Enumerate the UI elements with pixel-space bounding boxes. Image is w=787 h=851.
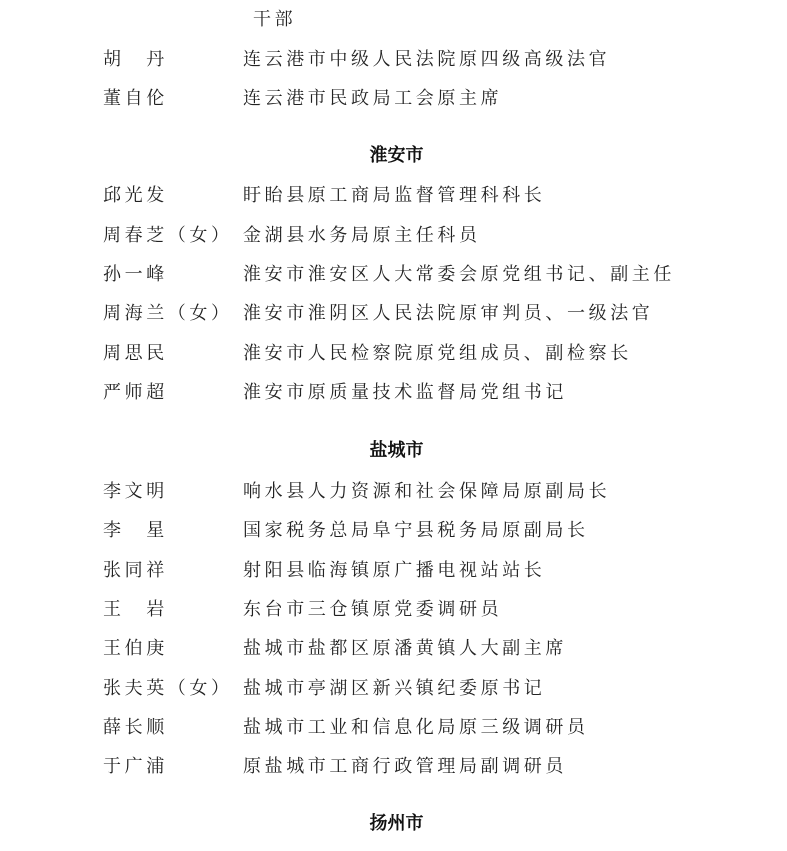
- list-item: 李文明 响水县人力资源和社会保障局原副局长: [0, 481, 787, 503]
- list-item: 周思民 淮安市人民检察院原党组成员、副检察长: [0, 343, 787, 365]
- person-name: 孙一峰: [103, 264, 168, 286]
- section-heading-huaian: 淮安市: [0, 145, 787, 167]
- person-title: 东台市三仓镇原党委调研员: [243, 599, 502, 621]
- list-item: 周海兰（女） 淮安市淮阴区人民法院原审判员、一级法官: [0, 303, 787, 325]
- person-name: 张夫英（女）: [103, 678, 233, 700]
- person-title: 原盐城市工商行政管理局副调研员: [243, 756, 567, 778]
- person-name: 张同祥: [103, 560, 168, 582]
- person-title: 射阳县临海镇原广播电视站站长: [243, 560, 545, 582]
- list-item: 张夫英（女） 盐城市亭湖区新兴镇纪委原书记: [0, 678, 787, 700]
- person-name: 李 星: [103, 520, 168, 542]
- person-title: 盐城市盐都区原潘黄镇人大副主席: [243, 638, 567, 660]
- list-item: 于广浦 原盐城市工商行政管理局副调研员: [0, 756, 787, 778]
- person-name: 严师超: [103, 382, 168, 404]
- section-heading-yancheng: 盐城市: [0, 440, 787, 462]
- person-name: 于广浦: [103, 756, 168, 778]
- person-title: 淮安市淮安区人大常委会原党组书记、副主任: [243, 264, 675, 286]
- person-name: 王伯庚: [103, 638, 168, 660]
- section-heading-yangzhou: 扬州市: [0, 813, 787, 835]
- person-name: 周思民: [103, 343, 168, 365]
- document-page: 干部 胡 丹 连云港市中级人民法院原四级高级法官 董自伦 连云港市民政局工会原主…: [0, 0, 787, 851]
- list-item: 李 星 国家税务总局阜宁县税务局原副局长: [0, 520, 787, 542]
- list-item: 王伯庚 盐城市盐都区原潘黄镇人大副主席: [0, 638, 787, 660]
- list-item: 王 岩 东台市三仓镇原党委调研员: [0, 599, 787, 621]
- list-item: 邱光发 盱眙县原工商局监督管理科科长: [0, 185, 787, 207]
- list-item: 孙一峰 淮安市淮安区人大常委会原党组书记、副主任: [0, 264, 787, 286]
- person-name: 王 岩: [103, 599, 168, 621]
- person-name: 邱光发: [103, 185, 168, 207]
- list-item: 张同祥 射阳县临海镇原广播电视站站长: [0, 560, 787, 582]
- person-title: 连云港市民政局工会原主席: [243, 88, 502, 110]
- list-item: 薛长顺 盐城市工业和信息化局原三级调研员: [0, 717, 787, 739]
- person-name: 董自伦: [103, 88, 168, 110]
- list-item: 董自伦 连云港市民政局工会原主席: [0, 88, 787, 110]
- person-title: 淮安市淮阴区人民法院原审判员、一级法官: [243, 303, 653, 325]
- person-title: 盐城市工业和信息化局原三级调研员: [243, 717, 589, 739]
- person-title: 金湖县水务局原主任科员: [243, 225, 481, 247]
- person-title: 盐城市亭湖区新兴镇纪委原书记: [243, 678, 545, 700]
- person-title: 淮安市原质量技术监督局党组书记: [243, 382, 567, 404]
- person-title: 响水县人力资源和社会保障局原副局长: [243, 481, 610, 503]
- person-name: 周春芝（女）: [103, 225, 233, 247]
- person-title: 淮安市人民检察院原党组成员、副检察长: [243, 343, 632, 365]
- person-name: 胡 丹: [103, 49, 168, 71]
- person-name: 薛长顺: [103, 717, 168, 739]
- person-title: 连云港市中级人民法院原四级高级法官: [243, 49, 610, 71]
- person-title: 盱眙县原工商局监督管理科科长: [243, 185, 545, 207]
- list-item: 胡 丹 连云港市中级人民法院原四级高级法官: [0, 49, 787, 71]
- person-name: 李文明: [103, 481, 168, 503]
- continuation-text: 干部: [253, 9, 296, 31]
- list-item: 周春芝（女） 金湖县水务局原主任科员: [0, 225, 787, 247]
- person-name: 周海兰（女）: [103, 303, 233, 325]
- list-item: 严师超 淮安市原质量技术监督局党组书记: [0, 382, 787, 404]
- person-title: 国家税务总局阜宁县税务局原副局长: [243, 520, 589, 542]
